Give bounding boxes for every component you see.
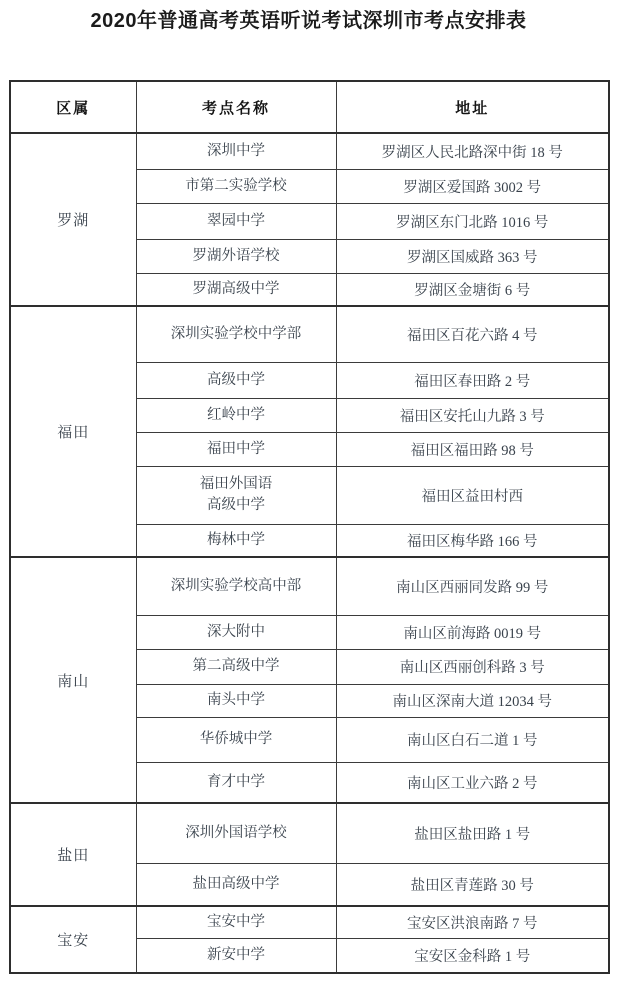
- address-cell: 福田区益田村西: [336, 466, 609, 524]
- address-cell: 福田区安托山九路 3 号: [336, 398, 609, 432]
- header-address: 地址: [336, 81, 609, 133]
- address-cell: 罗湖区人民北路深中街 18 号: [336, 133, 609, 169]
- site-name-cell: 育才中学: [136, 762, 336, 803]
- page-title: 2020年普通高考英语听说考试深圳市考点安排表: [0, 8, 617, 34]
- address-cell: 福田区梅华路 166 号: [336, 524, 609, 557]
- address-cell: 南山区工业六路 2 号: [336, 762, 609, 803]
- document-page: 2020年普通高考英语听说考试深圳市考点安排表 区属 考点名称 地址 罗湖 深圳…: [0, 0, 617, 983]
- address-cell: 罗湖区东门北路 1016 号: [336, 203, 609, 239]
- site-name-cell: 深圳实验学校高中部: [136, 557, 336, 615]
- site-name-cell: 第二高级中学: [136, 649, 336, 684]
- site-name-cell: 高级中学: [136, 362, 336, 398]
- header-row: 区属 考点名称 地址: [10, 81, 609, 133]
- header-district: 区属: [10, 81, 136, 133]
- site-name-cell: 新安中学: [136, 938, 336, 973]
- address-cell: 盐田区青莲路 30 号: [336, 863, 609, 906]
- table-row: 罗湖 深圳中学 罗湖区人民北路深中街 18 号: [10, 133, 609, 169]
- address-cell: 罗湖区金塘街 6 号: [336, 273, 609, 306]
- address-cell: 福田区百花六路 4 号: [336, 306, 609, 362]
- site-name-cell: 福田外国语 高级中学: [136, 466, 336, 524]
- header-site-name: 考点名称: [136, 81, 336, 133]
- site-name-cell: 深圳实验学校中学部: [136, 306, 336, 362]
- site-name-cell: 红岭中学: [136, 398, 336, 432]
- site-name-cell: 南头中学: [136, 684, 336, 717]
- address-cell: 福田区春田路 2 号: [336, 362, 609, 398]
- district-cell-baoan: 宝安: [10, 906, 136, 973]
- site-name-cell: 深圳中学: [136, 133, 336, 169]
- district-cell-nanshan: 南山: [10, 557, 136, 803]
- site-name-cell: 宝安中学: [136, 906, 336, 938]
- table-row: 盐田 深圳外国语学校 盐田区盐田路 1 号: [10, 803, 609, 863]
- address-cell: 南山区深南大道 12034 号: [336, 684, 609, 717]
- district-cell-luohu: 罗湖: [10, 133, 136, 306]
- district-cell-yantian: 盐田: [10, 803, 136, 906]
- district-cell-futian: 福田: [10, 306, 136, 557]
- site-name-cell: 市第二实验学校: [136, 169, 336, 203]
- address-cell: 宝安区洪浪南路 7 号: [336, 906, 609, 938]
- table-row: 福田 深圳实验学校中学部 福田区百花六路 4 号: [10, 306, 609, 362]
- address-cell: 福田区福田路 98 号: [336, 432, 609, 466]
- site-name-cell: 深大附中: [136, 615, 336, 649]
- site-name-cell: 华侨城中学: [136, 717, 336, 762]
- table-row: 宝安 宝安中学 宝安区洪浪南路 7 号: [10, 906, 609, 938]
- site-name-cell: 福田中学: [136, 432, 336, 466]
- address-cell: 宝安区金科路 1 号: [336, 938, 609, 973]
- address-cell: 罗湖区爱国路 3002 号: [336, 169, 609, 203]
- site-name-cell: 深圳外国语学校: [136, 803, 336, 863]
- address-cell: 盐田区盐田路 1 号: [336, 803, 609, 863]
- site-name-cell: 梅林中学: [136, 524, 336, 557]
- table-row: 南山 深圳实验学校高中部 南山区西丽同发路 99 号: [10, 557, 609, 615]
- exam-sites-table: 区属 考点名称 地址 罗湖 深圳中学 罗湖区人民北路深中街 18 号 市第二实验…: [9, 80, 610, 974]
- address-cell: 南山区白石二道 1 号: [336, 717, 609, 762]
- address-cell: 罗湖区国威路 363 号: [336, 239, 609, 273]
- address-cell: 南山区西丽创科路 3 号: [336, 649, 609, 684]
- address-cell: 南山区西丽同发路 99 号: [336, 557, 609, 615]
- site-name-cell: 盐田高级中学: [136, 863, 336, 906]
- site-name-cell: 罗湖高级中学: [136, 273, 336, 306]
- site-name-cell: 罗湖外语学校: [136, 239, 336, 273]
- site-name-cell: 翠园中学: [136, 203, 336, 239]
- address-cell: 南山区前海路 0019 号: [336, 615, 609, 649]
